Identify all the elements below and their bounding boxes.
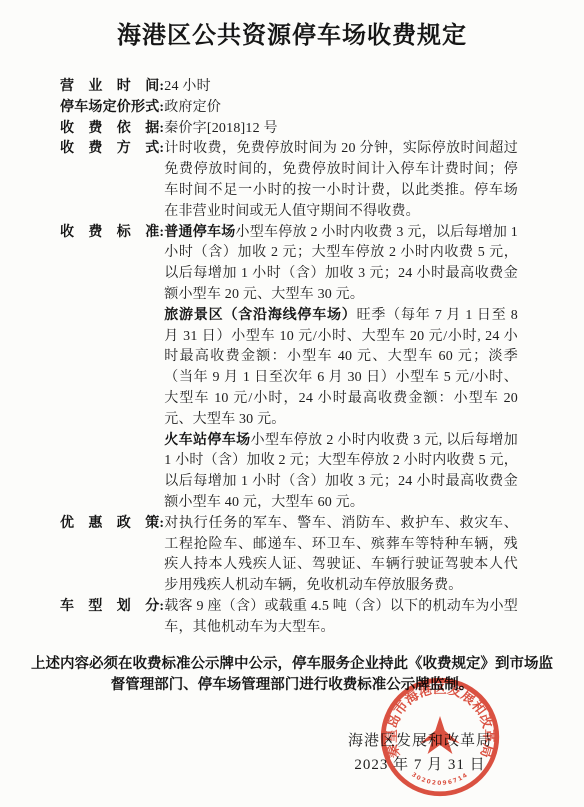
field-label: 收 费 依 据: [60, 119, 164, 140]
field-value: 普通停车场小型车停放 2 小时内收费 3 元，以后每增加 1 小时（含）加收 2… [164, 223, 518, 514]
field-row-business-hours: 营 业 时 间: 24 小时 [60, 77, 518, 98]
field-label: 停车场定价形式: [60, 98, 164, 119]
standard-paragraph-ordinary: 普通停车场小型车停放 2 小时内收费 3 元，以后每增加 1 小时（含）加收 2… [164, 223, 518, 306]
field-value: 计时收费，免费停放时间为 20 分钟，实际停放时间超过免费停放时间的，免费停放时… [164, 139, 518, 222]
issue-date: 2023 年 7 月 31 日 [330, 753, 510, 777]
field-row-discount-policy: 优 惠 政 策: 对执行任务的军车、警车、消防车、救护车、救灾车、工程抢险车、邮… [60, 514, 518, 597]
field-value: 载客 9 座（含）或载重 4.5 吨（含）以下的机动车为小型车，其他机动车为大型… [164, 597, 518, 639]
field-label: 营 业 时 间: [60, 77, 164, 98]
field-label: 优 惠 政 策: [60, 514, 164, 535]
field-value: 对执行任务的军车、警车、消防车、救护车、救灾车、工程抢险车、邮递车、环卫车、殡葬… [164, 514, 518, 597]
paragraph-text: 旺季（每年 7 月 1 日至 8 月 31 日）小型车 10 元/小时、大型车 … [164, 308, 518, 427]
standard-paragraph-scenic: 旅游景区（含沿海线停车场）旺季（每年 7 月 1 日至 8 月 31 日）小型车… [164, 306, 518, 431]
standard-paragraph-railway: 火车站停车场小型车停放 2 小时内收费 3 元, 以后每增加 1 小时（含）加收… [164, 431, 518, 514]
paragraph-lead: 旅游景区（含沿海线停车场） [164, 308, 356, 323]
paragraph-lead: 火车站停车场 [164, 433, 250, 448]
field-row-pricing-form: 停车场定价形式: 政府定价 [60, 98, 518, 119]
field-row-fee-basis: 收 费 依 据: 秦价字[2018]12 号 [60, 119, 518, 140]
paragraph-lead: 普通停车场 [164, 225, 235, 240]
field-row-fee-method: 收 费 方 式: 计时收费，免费停放时间为 20 分钟，实际停放时间超过免费停放… [60, 139, 518, 222]
fields-section: 营 业 时 间: 24 小时 停车场定价形式: 政府定价 收 费 依 据: 秦价… [60, 77, 518, 639]
footer-note: 上述内容必须在收费标准公示牌中公示，停车服务企业持此《收费规定》到市场监督管理部… [26, 654, 558, 697]
field-row-fee-standard: 收 费 标 准: 普通停车场小型车停放 2 小时内收费 3 元，以后每增加 1 … [60, 223, 518, 514]
signature-block: 海港区发展和改革局 2023 年 7 月 31 日 [330, 729, 510, 777]
field-label: 收 费 方 式: [60, 139, 164, 160]
issuer-name: 海港区发展和改革局 [330, 729, 510, 753]
field-row-vehicle-classification: 车 型 划 分: 载客 9 座（含）或载重 4.5 吨（含）以下的机动车为小型车… [60, 597, 518, 639]
field-value: 政府定价 [164, 98, 518, 119]
field-value: 秦价字[2018]12 号 [164, 119, 518, 140]
doc-title: 海港区公共资源停车场收费规定 [0, 0, 584, 50]
field-label: 收 费 标 准: [60, 223, 164, 244]
field-value: 24 小时 [164, 77, 518, 98]
field-label: 车 型 划 分: [60, 597, 164, 618]
document-page: 海港区公共资源停车场收费规定 营 业 时 间: 24 小时 停车场定价形式: 政… [0, 0, 584, 807]
